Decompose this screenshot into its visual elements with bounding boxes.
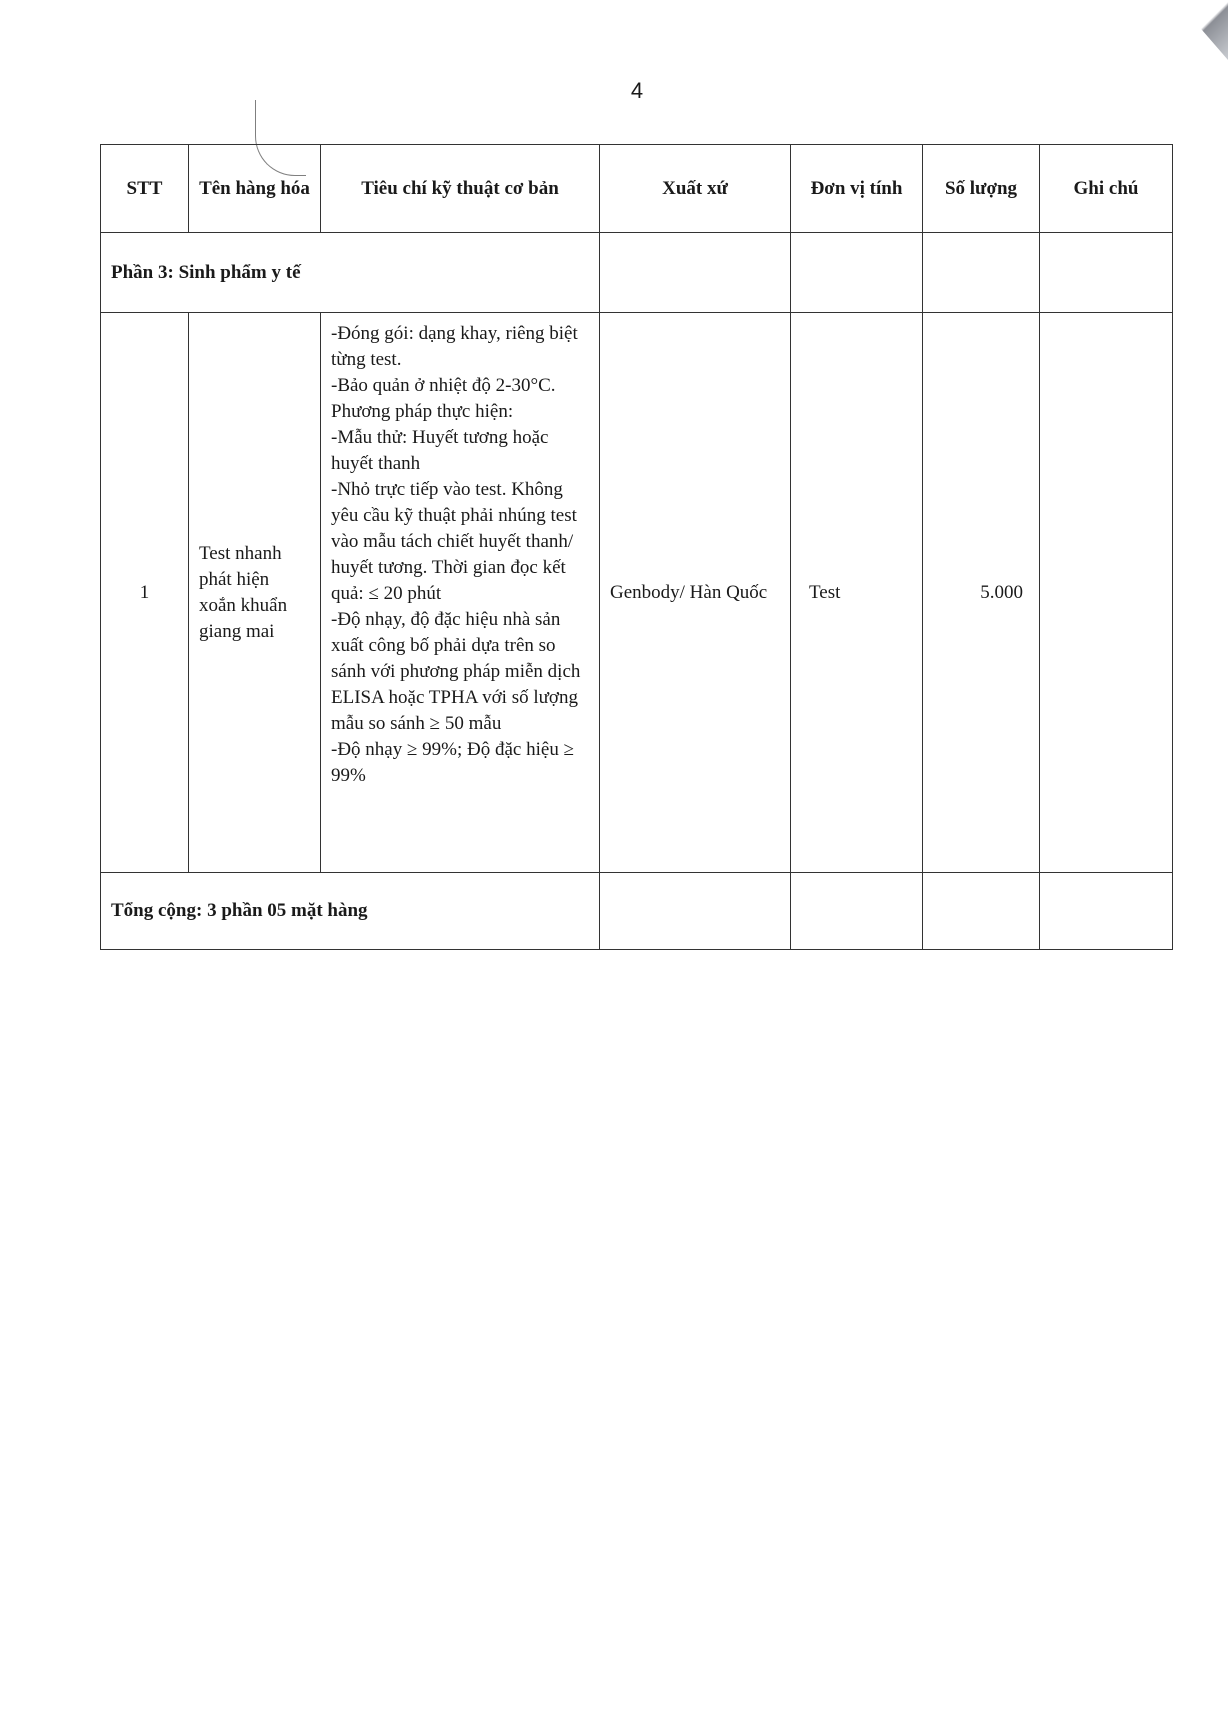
section-quantity-cell — [923, 233, 1040, 313]
header-quantity: Số lượng — [923, 145, 1040, 233]
item-spec: -Đóng gói: dạng khay, riêng biệt từng te… — [321, 313, 600, 873]
spec-line: -Độ nhạy ≥ 99%; Độ đặc hiệu ≥ 99% — [331, 737, 589, 789]
item-name: Test nhanh phát hiện xoắn khuẩn giang ma… — [189, 313, 321, 873]
total-row: Tổng cộng: 3 phần 05 mặt hàng — [101, 873, 1173, 950]
section-origin-cell — [600, 233, 791, 313]
spec-line: Phương pháp thực hiện: — [331, 399, 589, 425]
header-stt: STT — [101, 145, 189, 233]
total-unit-cell — [791, 873, 923, 950]
total-note-cell — [1040, 873, 1173, 950]
total-origin-cell — [600, 873, 791, 950]
spec-line: -Mẫu thử: Huyết tương hoặc huyết thanh — [331, 425, 589, 477]
header-spec: Tiêu chí kỹ thuật cơ bản — [321, 145, 600, 233]
spec-line: -Đóng gói: dạng khay, riêng biệt từng te… — [331, 321, 589, 373]
spec-line: -Nhỏ trực tiếp vào test. Không yêu cầu k… — [331, 477, 589, 607]
header-origin: Xuất xứ — [600, 145, 791, 233]
spec-line: -Bảo quản ở nhiệt độ 2-30°C. — [331, 373, 589, 399]
page-number: 4 — [0, 78, 1228, 104]
header-name: Tên hàng hóa — [189, 145, 321, 233]
section-note-cell — [1040, 233, 1173, 313]
total-quantity-cell — [923, 873, 1040, 950]
page-corner-fold — [1176, 0, 1228, 60]
item-origin: Genbody/ Hàn Quốc — [600, 313, 791, 873]
spec-line: -Độ nhạy, độ đặc hiệu nhà sản xuất công … — [331, 607, 589, 737]
section-row: Phần 3: Sinh phẩm y tế — [101, 233, 1173, 313]
item-stt: 1 — [101, 313, 189, 873]
goods-table: STT Tên hàng hóa Tiêu chí kỹ thuật cơ bả… — [100, 144, 1173, 950]
item-quantity: 5.000 — [923, 313, 1040, 873]
section-unit-cell — [791, 233, 923, 313]
header-note: Ghi chú — [1040, 145, 1173, 233]
total-label: Tổng cộng: 3 phần 05 mặt hàng — [101, 873, 600, 950]
item-unit: Test — [791, 313, 923, 873]
item-note — [1040, 313, 1173, 873]
header-unit: Đơn vị tính — [791, 145, 923, 233]
table-header-row: STT Tên hàng hóa Tiêu chí kỹ thuật cơ bả… — [101, 145, 1173, 233]
section-label: Phần 3: Sinh phẩm y tế — [101, 233, 600, 313]
table-row: 1 Test nhanh phát hiện xoắn khuẩn giang … — [101, 313, 1173, 873]
